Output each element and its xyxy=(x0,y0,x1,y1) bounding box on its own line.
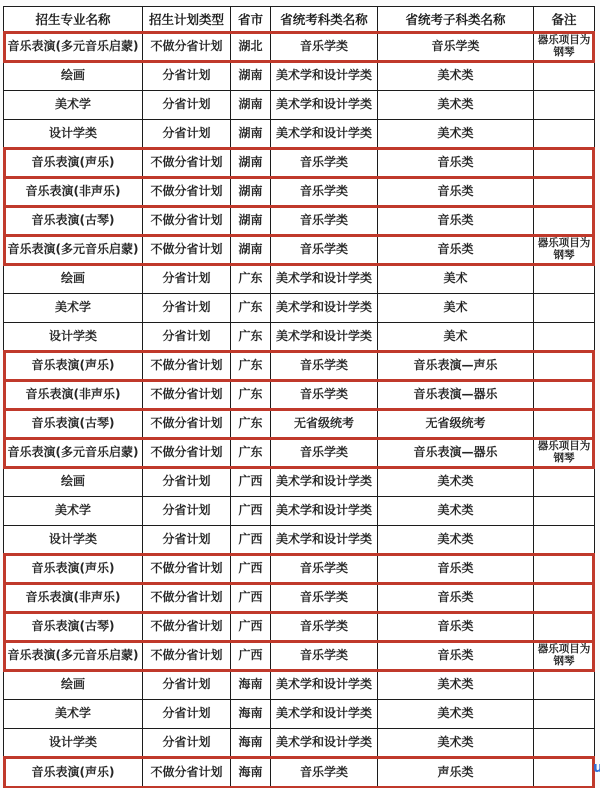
table-cell: 分省计划 xyxy=(143,62,231,90)
table-cell: 不做分省计划 xyxy=(143,149,231,177)
table-cell: 不做分省计划 xyxy=(143,381,231,409)
watermark-fragment: u xyxy=(593,760,600,776)
table-cell xyxy=(534,381,594,409)
table-cell: 设计学类 xyxy=(4,526,143,554)
table-cell xyxy=(534,613,594,641)
table-cell: 音乐学类 xyxy=(378,33,534,61)
table-cell: 美术类 xyxy=(378,700,534,728)
table-cell: 音乐表演(声乐) xyxy=(4,352,143,380)
table-cell: 美术学和设计学类 xyxy=(271,497,378,525)
table-cell: 音乐学类 xyxy=(271,149,378,177)
table-cell: 音乐类 xyxy=(378,236,534,264)
table-cell: 美术学 xyxy=(4,700,143,728)
table-cell: 广东 xyxy=(231,410,271,438)
table-cell: 不做分省计划 xyxy=(143,33,231,61)
table-cell: 广东 xyxy=(231,323,271,351)
table-cell: 海南 xyxy=(231,671,271,699)
table-cell: 不做分省计划 xyxy=(143,555,231,583)
table-cell: 器乐项目为钢琴 xyxy=(534,439,594,467)
table-cell xyxy=(534,352,594,380)
table-cell: 美术学和设计学类 xyxy=(271,323,378,351)
table-cell: 音乐类 xyxy=(378,584,534,612)
table-cell: 分省计划 xyxy=(143,294,231,322)
table-row: 美术学分省计划广东美术学和设计学类美术 xyxy=(4,294,594,323)
table-cell: 音乐表演(古琴) xyxy=(4,207,143,235)
table-cell: 设计学类 xyxy=(4,729,143,757)
table-row-highlighted: 音乐表演(多元音乐启蒙)不做分省计划湖北音乐学类音乐学类器乐项目为钢琴 xyxy=(4,33,594,62)
table-row-highlighted: 音乐表演(非声乐)不做分省计划湖南音乐学类音乐类 xyxy=(4,178,594,207)
table-cell: 不做分省计划 xyxy=(143,613,231,641)
table-row-highlighted: 音乐表演(多元音乐启蒙)不做分省计划广东音乐学类音乐表演—器乐器乐项目为钢琴 xyxy=(4,439,594,468)
table-cell: 音乐表演—声乐 xyxy=(378,352,534,380)
table-cell: 音乐表演(多元音乐启蒙) xyxy=(4,236,143,264)
table-cell: 音乐学类 xyxy=(271,613,378,641)
table-cell: 美术学和设计学类 xyxy=(271,729,378,757)
table-row: 美术学分省计划广西美术学和设计学类美术类 xyxy=(4,497,594,526)
column-header: 备注 xyxy=(534,7,594,32)
table-cell: 音乐表演(多元音乐启蒙) xyxy=(4,642,143,670)
table-row: 绘画分省计划海南美术学和设计学类美术类 xyxy=(4,671,594,700)
table-row-highlighted: 音乐表演(多元音乐启蒙)不做分省计划湖南音乐学类音乐类器乐项目为钢琴 xyxy=(4,236,594,265)
column-header: 省统考子科类名称 xyxy=(378,7,534,32)
table-cell: 音乐学类 xyxy=(271,555,378,583)
table-cell xyxy=(534,497,594,525)
table-header-row: 招生专业名称招生计划类型省市省统考科类名称省统考子科类名称备注 xyxy=(4,7,594,33)
table-cell xyxy=(534,265,594,293)
table-cell: 音乐类 xyxy=(378,642,534,670)
table-cell xyxy=(534,700,594,728)
table-cell: 广西 xyxy=(231,555,271,583)
table-cell: 音乐表演(古琴) xyxy=(4,613,143,641)
table-cell: 广西 xyxy=(231,526,271,554)
table-cell: 分省计划 xyxy=(143,120,231,148)
table-cell: 美术学 xyxy=(4,294,143,322)
table-cell xyxy=(534,120,594,148)
table-cell: 不做分省计划 xyxy=(143,410,231,438)
table-cell: 分省计划 xyxy=(143,526,231,554)
table-cell: 美术类 xyxy=(378,120,534,148)
table-cell: 音乐学类 xyxy=(271,178,378,206)
table-cell: 音乐表演(声乐) xyxy=(4,149,143,177)
table-cell: 分省计划 xyxy=(143,497,231,525)
table-row: 设计学类分省计划广东美术学和设计学类美术 xyxy=(4,323,594,352)
column-header: 招生计划类型 xyxy=(143,7,231,32)
table-cell: 湖南 xyxy=(231,207,271,235)
table-row-highlighted: 音乐表演(声乐)不做分省计划海南音乐学类声乐类 xyxy=(4,758,594,787)
table-cell: 绘画 xyxy=(4,468,143,496)
table-cell: 美术学和设计学类 xyxy=(271,120,378,148)
table-cell: 设计学类 xyxy=(4,120,143,148)
table-cell: 音乐表演—器乐 xyxy=(378,381,534,409)
table-cell: 绘画 xyxy=(4,265,143,293)
table-cell: 音乐表演(非声乐) xyxy=(4,584,143,612)
table-cell: 绘画 xyxy=(4,671,143,699)
column-header: 招生专业名称 xyxy=(4,7,143,32)
table-cell xyxy=(534,149,594,177)
table-cell: 不做分省计划 xyxy=(143,758,231,787)
table-cell: 广西 xyxy=(231,642,271,670)
table-cell: 音乐表演—器乐 xyxy=(378,439,534,467)
table-cell: 分省计划 xyxy=(143,468,231,496)
table-cell xyxy=(534,62,594,90)
table-cell: 音乐学类 xyxy=(271,758,378,787)
table-cell: 不做分省计划 xyxy=(143,642,231,670)
table-cell: 分省计划 xyxy=(143,729,231,757)
table-row: 绘画分省计划广西美术学和设计学类美术类 xyxy=(4,468,594,497)
table-row-highlighted: 音乐表演(古琴)不做分省计划广西音乐学类音乐类 xyxy=(4,613,594,642)
table-cell: 音乐学类 xyxy=(271,236,378,264)
table-cell xyxy=(534,178,594,206)
table-cell: 湖南 xyxy=(231,178,271,206)
table-cell: 不做分省计划 xyxy=(143,439,231,467)
table-cell: 音乐表演(声乐) xyxy=(4,758,143,787)
table-cell: 绘画 xyxy=(4,62,143,90)
table-cell: 器乐项目为钢琴 xyxy=(534,33,594,61)
table-cell: 美术类 xyxy=(378,526,534,554)
admission-plan-table: 招生专业名称招生计划类型省市省统考科类名称省统考子科类名称备注 音乐表演(多元音… xyxy=(3,6,595,788)
table-cell: 湖南 xyxy=(231,120,271,148)
table-cell: 湖北 xyxy=(231,33,271,61)
column-header: 省市 xyxy=(231,7,271,32)
table-cell: 音乐学类 xyxy=(271,381,378,409)
table-cell: 湖南 xyxy=(231,62,271,90)
table-cell: 音乐类 xyxy=(378,207,534,235)
table-cell: 美术类 xyxy=(378,497,534,525)
table-cell: 美术学和设计学类 xyxy=(271,671,378,699)
table-row-highlighted: 音乐表演(声乐)不做分省计划广西音乐学类音乐类 xyxy=(4,555,594,584)
table-cell xyxy=(534,555,594,583)
table-cell: 不做分省计划 xyxy=(143,352,231,380)
table-cell xyxy=(534,468,594,496)
table-cell: 美术 xyxy=(378,294,534,322)
table-cell: 广西 xyxy=(231,468,271,496)
table-cell: 广西 xyxy=(231,584,271,612)
table-cell: 广东 xyxy=(231,352,271,380)
table-cell: 音乐表演(非声乐) xyxy=(4,178,143,206)
table-row-highlighted: 音乐表演(声乐)不做分省计划湖南音乐学类音乐类 xyxy=(4,149,594,178)
table-cell: 美术类 xyxy=(378,62,534,90)
table-cell: 美术学和设计学类 xyxy=(271,294,378,322)
table-cell: 美术 xyxy=(378,323,534,351)
table-cell: 音乐学类 xyxy=(271,584,378,612)
table-cell: 湖南 xyxy=(231,91,271,119)
table-cell: 不做分省计划 xyxy=(143,178,231,206)
table-cell: 美术类 xyxy=(378,468,534,496)
table-cell: 音乐表演(声乐) xyxy=(4,555,143,583)
table-cell: 美术 xyxy=(378,265,534,293)
table-cell xyxy=(534,729,594,757)
table-row-highlighted: 音乐表演(非声乐)不做分省计划广西音乐学类音乐类 xyxy=(4,584,594,613)
table-cell: 海南 xyxy=(231,758,271,787)
table-cell: 音乐学类 xyxy=(271,439,378,467)
table-cell: 无省级统考 xyxy=(271,410,378,438)
table-cell: 美术学和设计学类 xyxy=(271,526,378,554)
table-cell: 广西 xyxy=(231,613,271,641)
table-cell: 器乐项目为钢琴 xyxy=(534,642,594,670)
table-cell: 广东 xyxy=(231,381,271,409)
table-cell xyxy=(534,410,594,438)
table-cell: 音乐表演(古琴) xyxy=(4,410,143,438)
table-cell: 广东 xyxy=(231,265,271,293)
table-cell: 设计学类 xyxy=(4,323,143,351)
table-cell: 音乐表演(多元音乐启蒙) xyxy=(4,33,143,61)
table-cell: 广东 xyxy=(231,294,271,322)
table-cell: 美术学和设计学类 xyxy=(271,468,378,496)
table-cell: 湖南 xyxy=(231,236,271,264)
table-cell: 分省计划 xyxy=(143,265,231,293)
table-row-highlighted: 音乐表演(非声乐)不做分省计划广东音乐学类音乐表演—器乐 xyxy=(4,381,594,410)
table-cell: 美术类 xyxy=(378,671,534,699)
table-cell: 分省计划 xyxy=(143,671,231,699)
table-cell: 音乐类 xyxy=(378,178,534,206)
table-row-highlighted: 音乐表演(多元音乐启蒙)不做分省计划广西音乐学类音乐类器乐项目为钢琴 xyxy=(4,642,594,671)
table-cell: 分省计划 xyxy=(143,323,231,351)
table-row: 绘画分省计划湖南美术学和设计学类美术类 xyxy=(4,62,594,91)
table-cell: 美术学和设计学类 xyxy=(271,265,378,293)
table-cell: 海南 xyxy=(231,700,271,728)
table-cell xyxy=(534,91,594,119)
table-cell: 音乐类 xyxy=(378,149,534,177)
table-row: 设计学类分省计划湖南美术学和设计学类美术类 xyxy=(4,120,594,149)
table-cell: 不做分省计划 xyxy=(143,584,231,612)
table-cell: 声乐类 xyxy=(378,758,534,787)
table-cell: 湖南 xyxy=(231,149,271,177)
table-cell: 不做分省计划 xyxy=(143,207,231,235)
table-cell: 不做分省计划 xyxy=(143,236,231,264)
table-row: 设计学类分省计划海南美术学和设计学类美术类 xyxy=(4,729,594,758)
table-row: 美术学分省计划海南美术学和设计学类美术类 xyxy=(4,700,594,729)
table-cell xyxy=(534,584,594,612)
table-cell: 美术学和设计学类 xyxy=(271,700,378,728)
table-cell xyxy=(534,671,594,699)
table-row-highlighted: 音乐表演(声乐)不做分省计划广东音乐学类音乐表演—声乐 xyxy=(4,352,594,381)
table-row: 绘画分省计划广东美术学和设计学类美术 xyxy=(4,265,594,294)
table-cell: 美术学 xyxy=(4,91,143,119)
table-cell: 音乐学类 xyxy=(271,207,378,235)
table-cell: 海南 xyxy=(231,729,271,757)
table-cell: 器乐项目为钢琴 xyxy=(534,236,594,264)
table-cell: 音乐学类 xyxy=(271,352,378,380)
table-cell xyxy=(534,758,594,787)
table-cell: 美术学和设计学类 xyxy=(271,62,378,90)
table-cell: 美术学和设计学类 xyxy=(271,91,378,119)
table-cell xyxy=(534,323,594,351)
column-header: 省统考科类名称 xyxy=(271,7,378,32)
table-cell: 音乐类 xyxy=(378,555,534,583)
table-cell: 广东 xyxy=(231,439,271,467)
table-cell: 音乐学类 xyxy=(271,33,378,61)
table-cell: 无省级统考 xyxy=(378,410,534,438)
table-cell: 音乐类 xyxy=(378,613,534,641)
table-cell xyxy=(534,526,594,554)
table-cell xyxy=(534,294,594,322)
table-cell xyxy=(534,207,594,235)
table-cell: 美术类 xyxy=(378,729,534,757)
table-cell: 音乐表演(非声乐) xyxy=(4,381,143,409)
table-cell: 美术学 xyxy=(4,497,143,525)
table-cell: 分省计划 xyxy=(143,700,231,728)
table-cell: 美术类 xyxy=(378,91,534,119)
table-row: 设计学类分省计划广西美术学和设计学类美术类 xyxy=(4,526,594,555)
table-row-highlighted: 音乐表演(古琴)不做分省计划湖南音乐学类音乐类 xyxy=(4,207,594,236)
table-cell: 音乐表演(多元音乐启蒙) xyxy=(4,439,143,467)
table-cell: 分省计划 xyxy=(143,91,231,119)
table-cell: 广西 xyxy=(231,497,271,525)
table-cell: 音乐学类 xyxy=(271,642,378,670)
table-row-highlighted: 音乐表演(古琴)不做分省计划广东无省级统考无省级统考 xyxy=(4,410,594,439)
table-row: 美术学分省计划湖南美术学和设计学类美术类 xyxy=(4,91,594,120)
